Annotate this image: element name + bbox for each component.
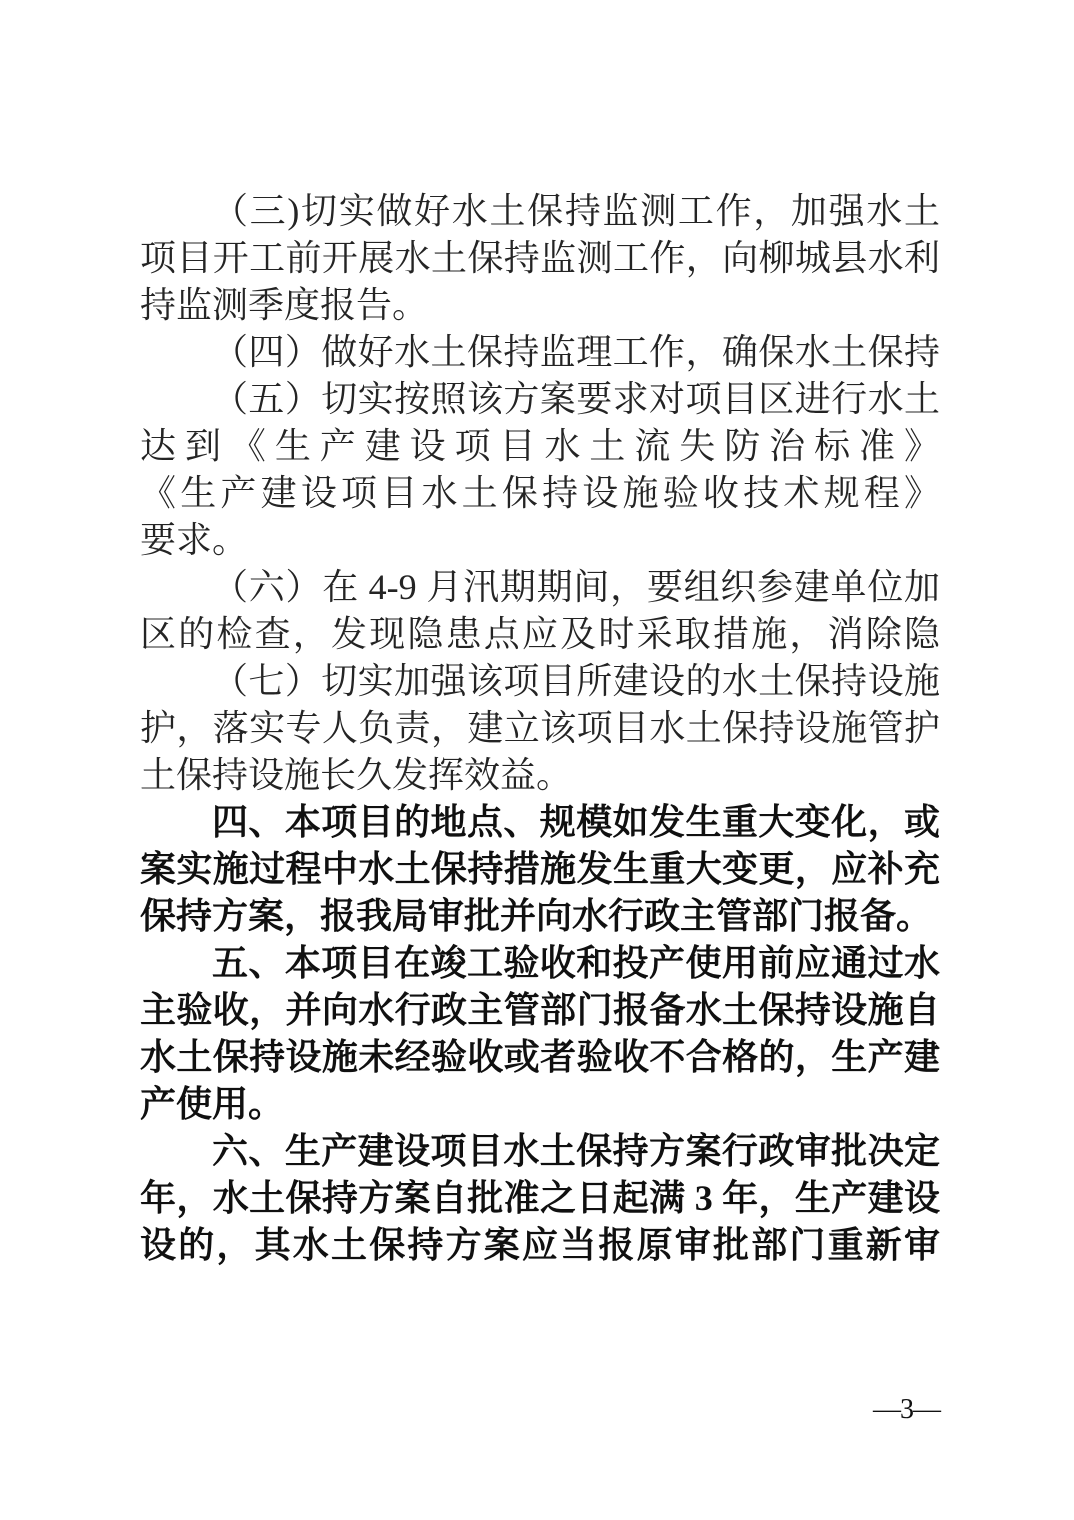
text-line: 六、生产建设项目水土保持方案行政审批决定有效期为 3 — [140, 1128, 940, 1175]
text-line: 设的，其水土保持方案应当报原审批部门重新审核。 — [140, 1222, 940, 1269]
text-line: 保持方案，报我局审批并向水行政主管部门报备。 — [140, 893, 940, 940]
text-line: 项目开工前开展水土保持监测工作，向柳城县水利局提交水土保 — [140, 235, 940, 282]
text-line: 年，水土保持方案自批准之日起满 3 年，生产建设项目方开工建 — [140, 1175, 940, 1222]
paragraph-1: （三)切实做好水土保持监测工作，加强水土流失动态监控。项目开工前开展水土保持监测… — [140, 188, 940, 329]
paragraph-3: （五）切实按照该方案要求对项目区进行水土流失防治，并达到《生产建设项目水土流失防… — [140, 376, 940, 564]
paragraph-4: （六）在 4-9 月汛期期间，要组织参建单位加强对项目建设区的检查，发现隐患点应… — [140, 564, 940, 658]
text-line: 四、本项目的地点、规模如发生重大变化，或者水土保持方 — [140, 799, 940, 846]
paragraph-8: 六、生产建设项目水土保持方案行政审批决定有效期为 3年，水土保持方案自批准之日起… — [140, 1128, 940, 1269]
page-number: —3— — [873, 1394, 940, 1426]
text-line: 要求。 — [140, 517, 940, 564]
text-line: （四）做好水土保持监理工作，确保水土保持工程质量。 — [140, 329, 940, 376]
document-body: （三)切实做好水土保持监测工作，加强水土流失动态监控。项目开工前开展水土保持监测… — [140, 188, 940, 1269]
paragraph-6: 四、本项目的地点、规模如发生重大变化，或者水土保持方案实施过程中水土保持措施发生… — [140, 799, 940, 940]
text-line: 持监测季度报告。 — [140, 282, 940, 329]
text-line: 主验收，并向水行政主管部门报备水土保持设施自主验收材料。 — [140, 987, 940, 1034]
text-line: （五）切实按照该方案要求对项目区进行水土流失防治，并 — [140, 376, 940, 423]
text-line: 土保持设施长久发挥效益。 — [140, 752, 940, 799]
document-page: （三)切实做好水土保持监测工作，加强水土流失动态监控。项目开工前开展水土保持监测… — [0, 0, 1074, 1520]
text-line: （七）切实加强该项目所建设的水土保持设施的管理和维 — [140, 658, 940, 705]
text-line: 五、本项目在竣工验收和投产使用前应通过水土保持设施自 — [140, 940, 940, 987]
paragraph-5: （七）切实加强该项目所建设的水土保持设施的管理和维护，落实专人负责，建立该项目水… — [140, 658, 940, 799]
text-line: 护，落实专人负责，建立该项目水土保持设施管护制度，确保水 — [140, 705, 940, 752]
paragraph-2: （四）做好水土保持监理工作，确保水土保持工程质量。 — [140, 329, 940, 376]
text-line: 《生产建设项目水土保持设施验收技术规程》（GB/T22490-2016） — [140, 470, 940, 517]
paragraph-7: 五、本项目在竣工验收和投产使用前应通过水土保持设施自主验收，并向水行政主管部门报… — [140, 940, 940, 1128]
text-line: （六）在 4-9 月汛期期间，要组织参建单位加强对项目建设 — [140, 564, 940, 611]
text-line: （三)切实做好水土保持监测工作，加强水土流失动态监控。 — [140, 188, 940, 235]
text-line: 区的检查，发现隐患点应及时采取措施，消除隐患。 — [140, 611, 940, 658]
text-line: 达到《生产建设项目水土流失防治标准》（GB/T50434-2018）和 — [140, 423, 940, 470]
text-line: 产使用。 — [140, 1081, 940, 1128]
text-line: 案实施过程中水土保持措施发生重大变更，应补充或者修改水土 — [140, 846, 940, 893]
text-line: 水土保持设施未经验收或者验收不合格的，生产建设单位不得投 — [140, 1034, 940, 1081]
